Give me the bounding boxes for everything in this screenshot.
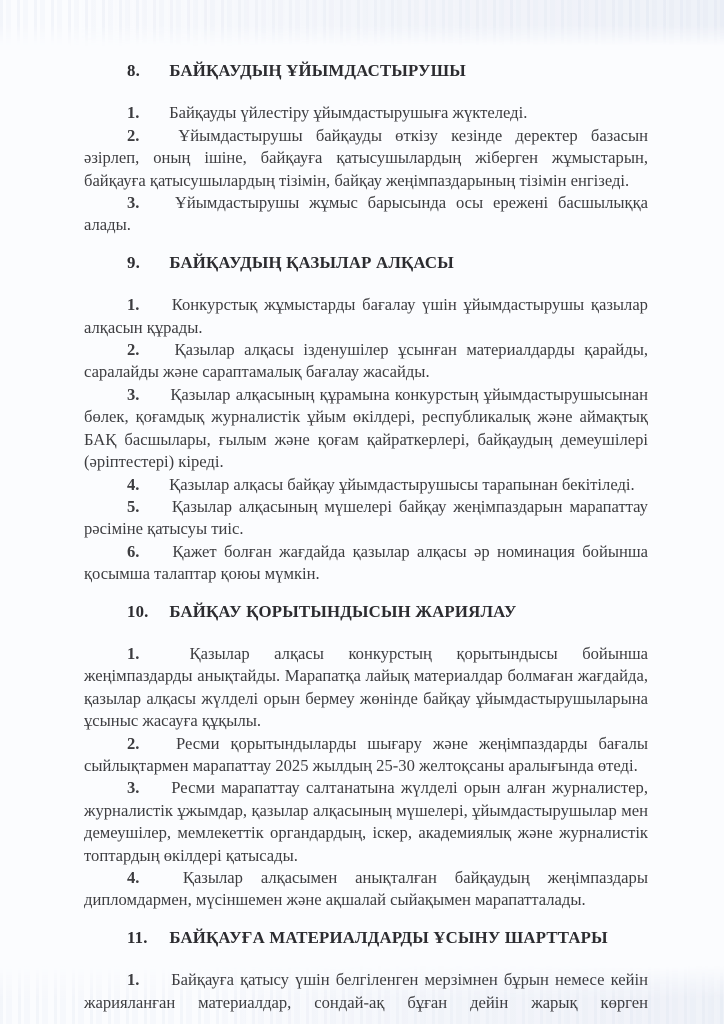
numbered-paragraph: 3. Ұйымдастырушы жұмыс барысында осы ере… <box>84 192 648 237</box>
item-text: Қазылар алқасы байқау ұйымдастырушысы та… <box>169 475 635 494</box>
section-number: 9. <box>127 252 165 274</box>
section-heading: 11. БАЙҚАУҒА МАТЕРИАЛДАРДЫ ҰСЫНУ ШАРТТАР… <box>84 927 648 949</box>
document-section: 8. БАЙҚАУДЫҢ ҰЙЫМДАСТЫРУШЫ 1. Байқауды ү… <box>84 60 648 237</box>
item-number: 3. <box>127 384 165 406</box>
item-text: Ұйымдастырушы байқауды өткізу кезінде де… <box>84 126 648 190</box>
numbered-paragraph: 2. Ресми қорытындыларды шығару және жеңі… <box>84 733 648 778</box>
item-number: 1. <box>127 294 165 316</box>
item-number: 1. <box>127 102 165 124</box>
numbered-paragraph: 3. Ресми марапаттау салтанатына жүлделі … <box>84 777 648 867</box>
scan-artifact-top <box>0 0 724 46</box>
numbered-paragraph: 1. Қазылар алқасы конкурстың қорытындысы… <box>84 643 648 733</box>
item-text: Қажет болған жағдайда қазылар алқасы әр … <box>84 542 648 583</box>
item-text: Қазылар алқасы конкурстың қорытындысы бо… <box>84 644 648 730</box>
item-text: Байқауды үйлестіру ұйымдастырушыға жүкте… <box>169 103 527 122</box>
section-heading: 8. БАЙҚАУДЫҢ ҰЙЫМДАСТЫРУШЫ <box>84 60 648 82</box>
numbered-paragraph: 4. Қазылар алқасымен анықталған байқауды… <box>84 867 648 912</box>
item-number: 1. <box>127 969 165 991</box>
item-text: Қазылар алқасының мүшелері байқау жеңімп… <box>84 497 648 538</box>
document-page: 8. БАЙҚАУДЫҢ ҰЙЫМДАСТЫРУШЫ 1. Байқауды ү… <box>0 0 724 1024</box>
item-number: 2. <box>127 733 165 755</box>
item-number: 4. <box>127 867 165 889</box>
numbered-paragraph: 5. Қазылар алқасының мүшелері байқау жең… <box>84 496 648 541</box>
numbered-paragraph: 6. Қажет болған жағдайда қазылар алқасы … <box>84 541 648 586</box>
section-title: БАЙҚАУҒА МАТЕРИАЛДАРДЫ ҰСЫНУ ШАРТТАРЫ <box>169 928 607 947</box>
section-number: 10. <box>127 601 165 623</box>
document-section: 10. БАЙҚАУ ҚОРЫТЫНДЫСЫН ЖАРИЯЛАУ 1. Қазы… <box>84 601 648 912</box>
item-text: Ұйымдастырушы жұмыс барысында осы ережен… <box>84 193 648 234</box>
document-content: 8. БАЙҚАУДЫҢ ҰЙЫМДАСТЫРУШЫ 1. Байқауды ү… <box>84 60 648 1014</box>
item-number: 6. <box>127 541 165 563</box>
section-heading: 9. БАЙҚАУДЫҢ ҚАЗЫЛАР АЛҚАСЫ <box>84 252 648 274</box>
item-text: Қазылар алқасымен анықталған байқаудың ж… <box>84 868 648 909</box>
section-heading: 10. БАЙҚАУ ҚОРЫТЫНДЫСЫН ЖАРИЯЛАУ <box>84 601 648 623</box>
item-number: 3. <box>127 777 165 799</box>
item-number: 5. <box>127 496 165 518</box>
section-number: 8. <box>127 60 165 82</box>
document-section: 11. БАЙҚАУҒА МАТЕРИАЛДАРДЫ ҰСЫНУ ШАРТТАР… <box>84 927 648 1014</box>
item-number: 1. <box>127 643 165 665</box>
item-number: 2. <box>127 339 165 361</box>
item-text: Конкурстық жұмыстарды бағалау үшін ұйымд… <box>84 295 648 336</box>
item-text: Қазылар алқасының құрамына конкурстың ұй… <box>84 385 648 471</box>
section-title: БАЙҚАУДЫҢ ҚАЗЫЛАР АЛҚАСЫ <box>169 253 454 272</box>
numbered-paragraph: 1. Конкурстық жұмыстарды бағалау үшін ұй… <box>84 294 648 339</box>
item-text: Ресми қорытындыларды шығару және жеңімпа… <box>84 734 648 775</box>
document-section: 9. БАЙҚАУДЫҢ ҚАЗЫЛАР АЛҚАСЫ 1. Конкурсты… <box>84 252 648 586</box>
numbered-paragraph: 2. Қазылар алқасы ізденушілер ұсынған ма… <box>84 339 648 384</box>
section-title: БАЙҚАУДЫҢ ҰЙЫМДАСТЫРУШЫ <box>169 61 466 80</box>
numbered-paragraph: 4. Қазылар алқасы байқау ұйымдастырушысы… <box>84 474 648 496</box>
numbered-paragraph: 1. Байқауға қатысу үшін белгіленген мерз… <box>84 969 648 1014</box>
item-text: Байқауға қатысу үшін белгіленген мерзімн… <box>84 970 648 1011</box>
item-text: Ресми марапаттау салтанатына жүлделі оры… <box>84 778 648 864</box>
section-title: БАЙҚАУ ҚОРЫТЫНДЫСЫН ЖАРИЯЛАУ <box>169 602 516 621</box>
numbered-paragraph: 1. Байқауды үйлестіру ұйымдастырушыға жү… <box>84 102 648 124</box>
item-number: 3. <box>127 192 165 214</box>
item-text: Қазылар алқасы ізденушілер ұсынған матер… <box>84 340 648 381</box>
numbered-paragraph: 2. Ұйымдастырушы байқауды өткізу кезінде… <box>84 125 648 192</box>
section-number: 11. <box>127 927 165 949</box>
item-number: 2. <box>127 125 165 147</box>
item-number: 4. <box>127 474 165 496</box>
numbered-paragraph: 3. Қазылар алқасының құрамына конкурстың… <box>84 384 648 474</box>
